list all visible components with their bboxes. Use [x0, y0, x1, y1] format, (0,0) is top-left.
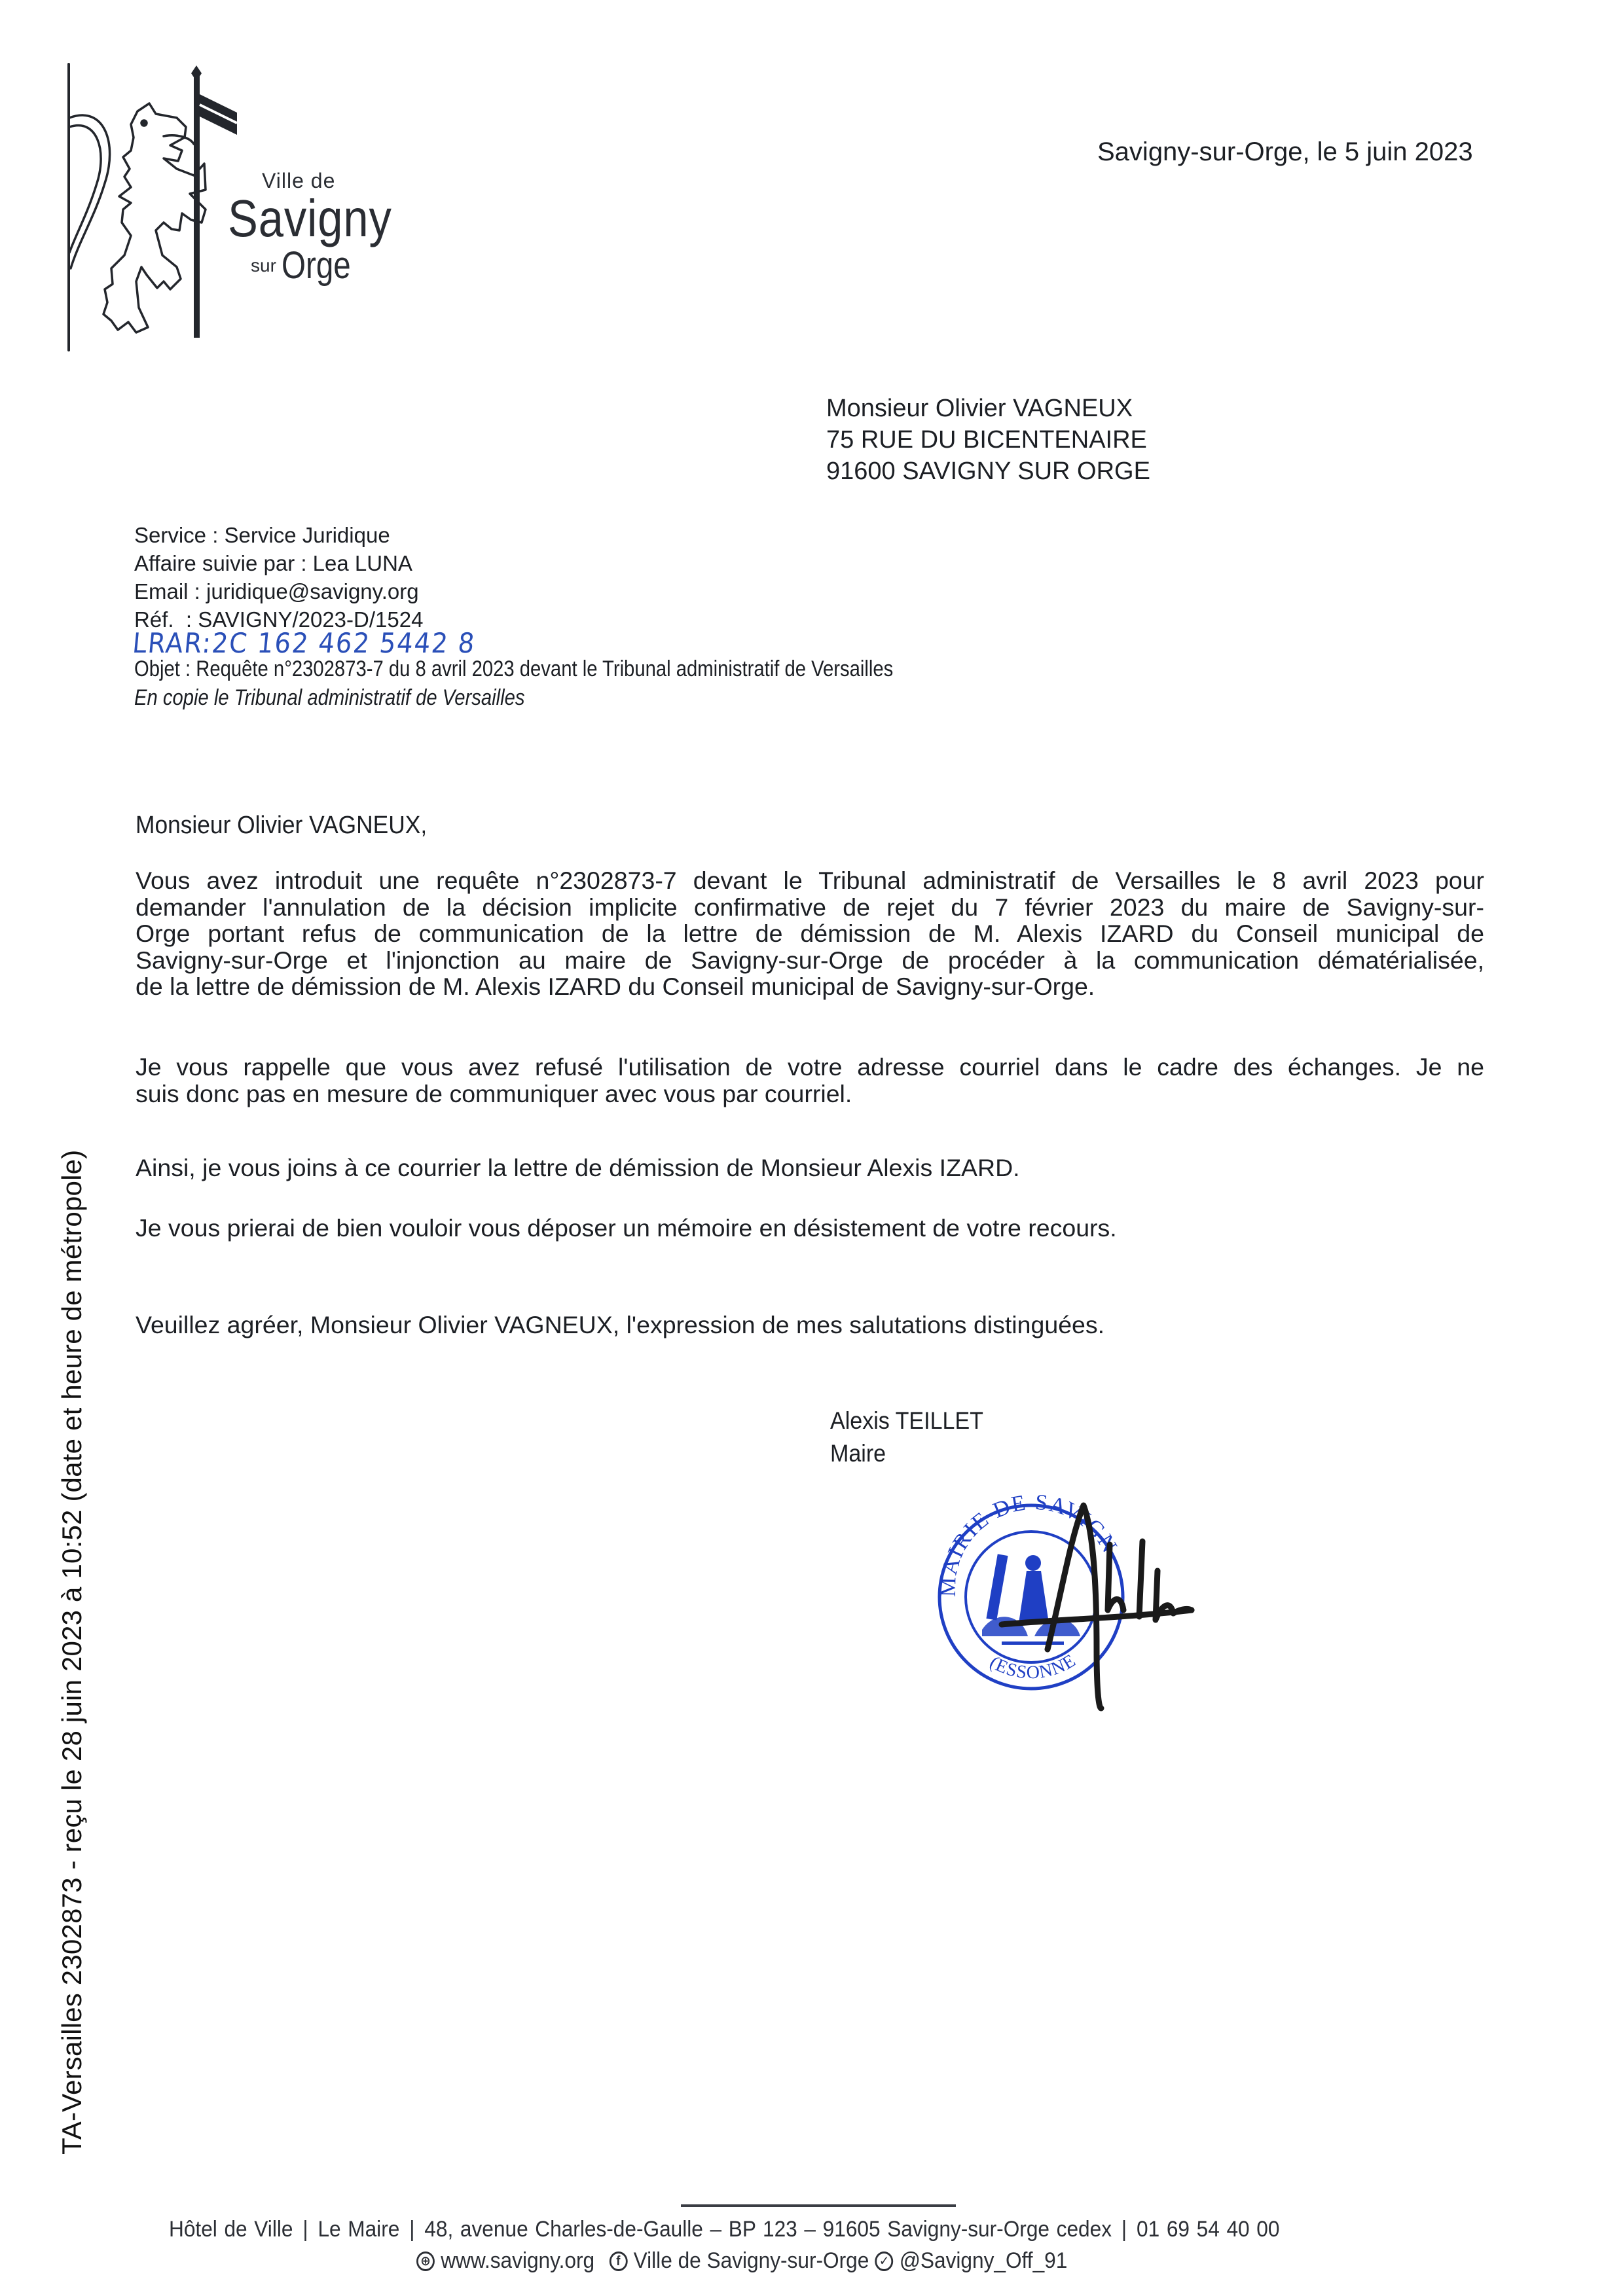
copy-line: En copie le Tribunal administratif de Ve… — [134, 685, 524, 711]
recipient-city: 91600 SAVIGNY SUR ORGE — [826, 456, 1150, 487]
paragraph-closing: Veuillez agréer, Monsieur Olivier VAGNEU… — [136, 1312, 1484, 1338]
recipient-name: Monsieur Olivier VAGNEUX — [826, 393, 1150, 424]
footer-divider — [681, 2204, 956, 2207]
footer-contact-links: ⊕ www.savigny.org f Ville de Savigny-sur… — [416, 2248, 1067, 2274]
recipient-address: Monsieur Olivier VAGNEUX 75 RUE DU BICEN… — [826, 393, 1150, 487]
footer-le-maire: Le Maire — [318, 2217, 399, 2242]
city-logo: Ville de Savigny sur Orge — [65, 59, 380, 360]
signatory-title: Maire — [830, 1437, 983, 1470]
footer-phone: 01 69 54 40 00 — [1137, 2217, 1279, 2242]
reference-block: Service : Service Juridique Affaire suiv… — [134, 521, 423, 634]
signatory-name: Alexis TEILLET — [830, 1405, 983, 1437]
recipient-street: 75 RUE DU BICENTENAIRE — [826, 424, 1150, 456]
paragraph-line: Vous avez introduit une requête n°230287… — [136, 867, 1484, 894]
paragraph-line: demander l'annulation de la décision imp… — [136, 894, 1484, 921]
logo-sur: sur — [251, 255, 276, 276]
footer-facebook-link[interactable]: Ville de Savigny-sur-Orge — [634, 2248, 869, 2274]
paragraph-line: suis donc pas en mesure de communiquer a… — [136, 1081, 1484, 1107]
service-line: Service : Service Juridique — [134, 521, 423, 549]
logo-savigny: Savigny — [228, 188, 392, 249]
paragraph-withdrawal-request: Je vous prierai de bien vouloir vous dép… — [136, 1215, 1484, 1242]
paragraph-line: de la lettre de démission de M. Alexis I… — [136, 973, 1484, 1000]
paragraph-email-refusal: Je vous rappelle que vous avez refusé l'… — [136, 1054, 1484, 1107]
paragraph-line: Savigny-sur-Orge et l'injonction au mair… — [136, 947, 1484, 974]
lrar-handwritten-note: LRAR:2C 162 462 5442 8 — [131, 627, 477, 659]
paragraph-line: Je vous rappelle que vous avez refusé l'… — [136, 1054, 1484, 1081]
paragraph-line: Veuillez agréer, Monsieur Olivier VAGNEU… — [136, 1312, 1484, 1338]
mairie-seal-icon: MAIRIE DE SAVIGNY (ESSONNE) — [930, 1479, 1218, 1715]
footer-street-address: 48, avenue Charles-de-Gaulle – BP 123 – … — [424, 2217, 1112, 2242]
paragraph-line: Ainsi, je vous joins à ce courrier la le… — [136, 1155, 1484, 1181]
letter-date: Savigny-sur-Orge, le 5 juin 2023 — [1097, 137, 1473, 167]
signatory: Alexis TEILLET Maire — [830, 1405, 983, 1470]
paragraph-line: Je vous prierai de bien vouloir vous dép… — [136, 1215, 1484, 1242]
logo-orge: Orge — [282, 243, 351, 287]
paragraph-request: Vous avez introduit une requête n°230287… — [136, 867, 1484, 1000]
globe-icon: ⊕ — [416, 2251, 435, 2271]
footer-hotel-de-ville: Hôtel de Ville — [169, 2217, 293, 2242]
email-line: Email : juridique@savigny.org — [134, 577, 423, 605]
subject-line: Objet : Requête n°2302873-7 du 8 avril 2… — [134, 656, 893, 682]
salutation: Monsieur Olivier VAGNEUX, — [136, 812, 427, 840]
court-receipt-stamp: TA-Versailles 2302873 - reçu le 28 juin … — [56, 1150, 88, 2155]
footer-twitter-link[interactable]: @Savigny_Off_91 — [900, 2248, 1068, 2274]
paragraph-line: Orge portant refus de communication de l… — [136, 920, 1484, 947]
paragraph-attachment: Ainsi, je vous joins à ce courrier la le… — [136, 1155, 1484, 1181]
affaire-line: Affaire suivie par : Lea LUNA — [134, 549, 423, 577]
facebook-icon: f — [609, 2251, 627, 2271]
twitter-icon: ✓ — [875, 2251, 894, 2271]
footer-address: Hôtel de Ville|Le Maire|48, avenue Charl… — [169, 2217, 1279, 2242]
footer-website-link[interactable]: www.savigny.org — [441, 2248, 594, 2274]
official-stamp: MAIRIE DE SAVIGNY (ESSONNE) — [930, 1479, 1218, 1715]
